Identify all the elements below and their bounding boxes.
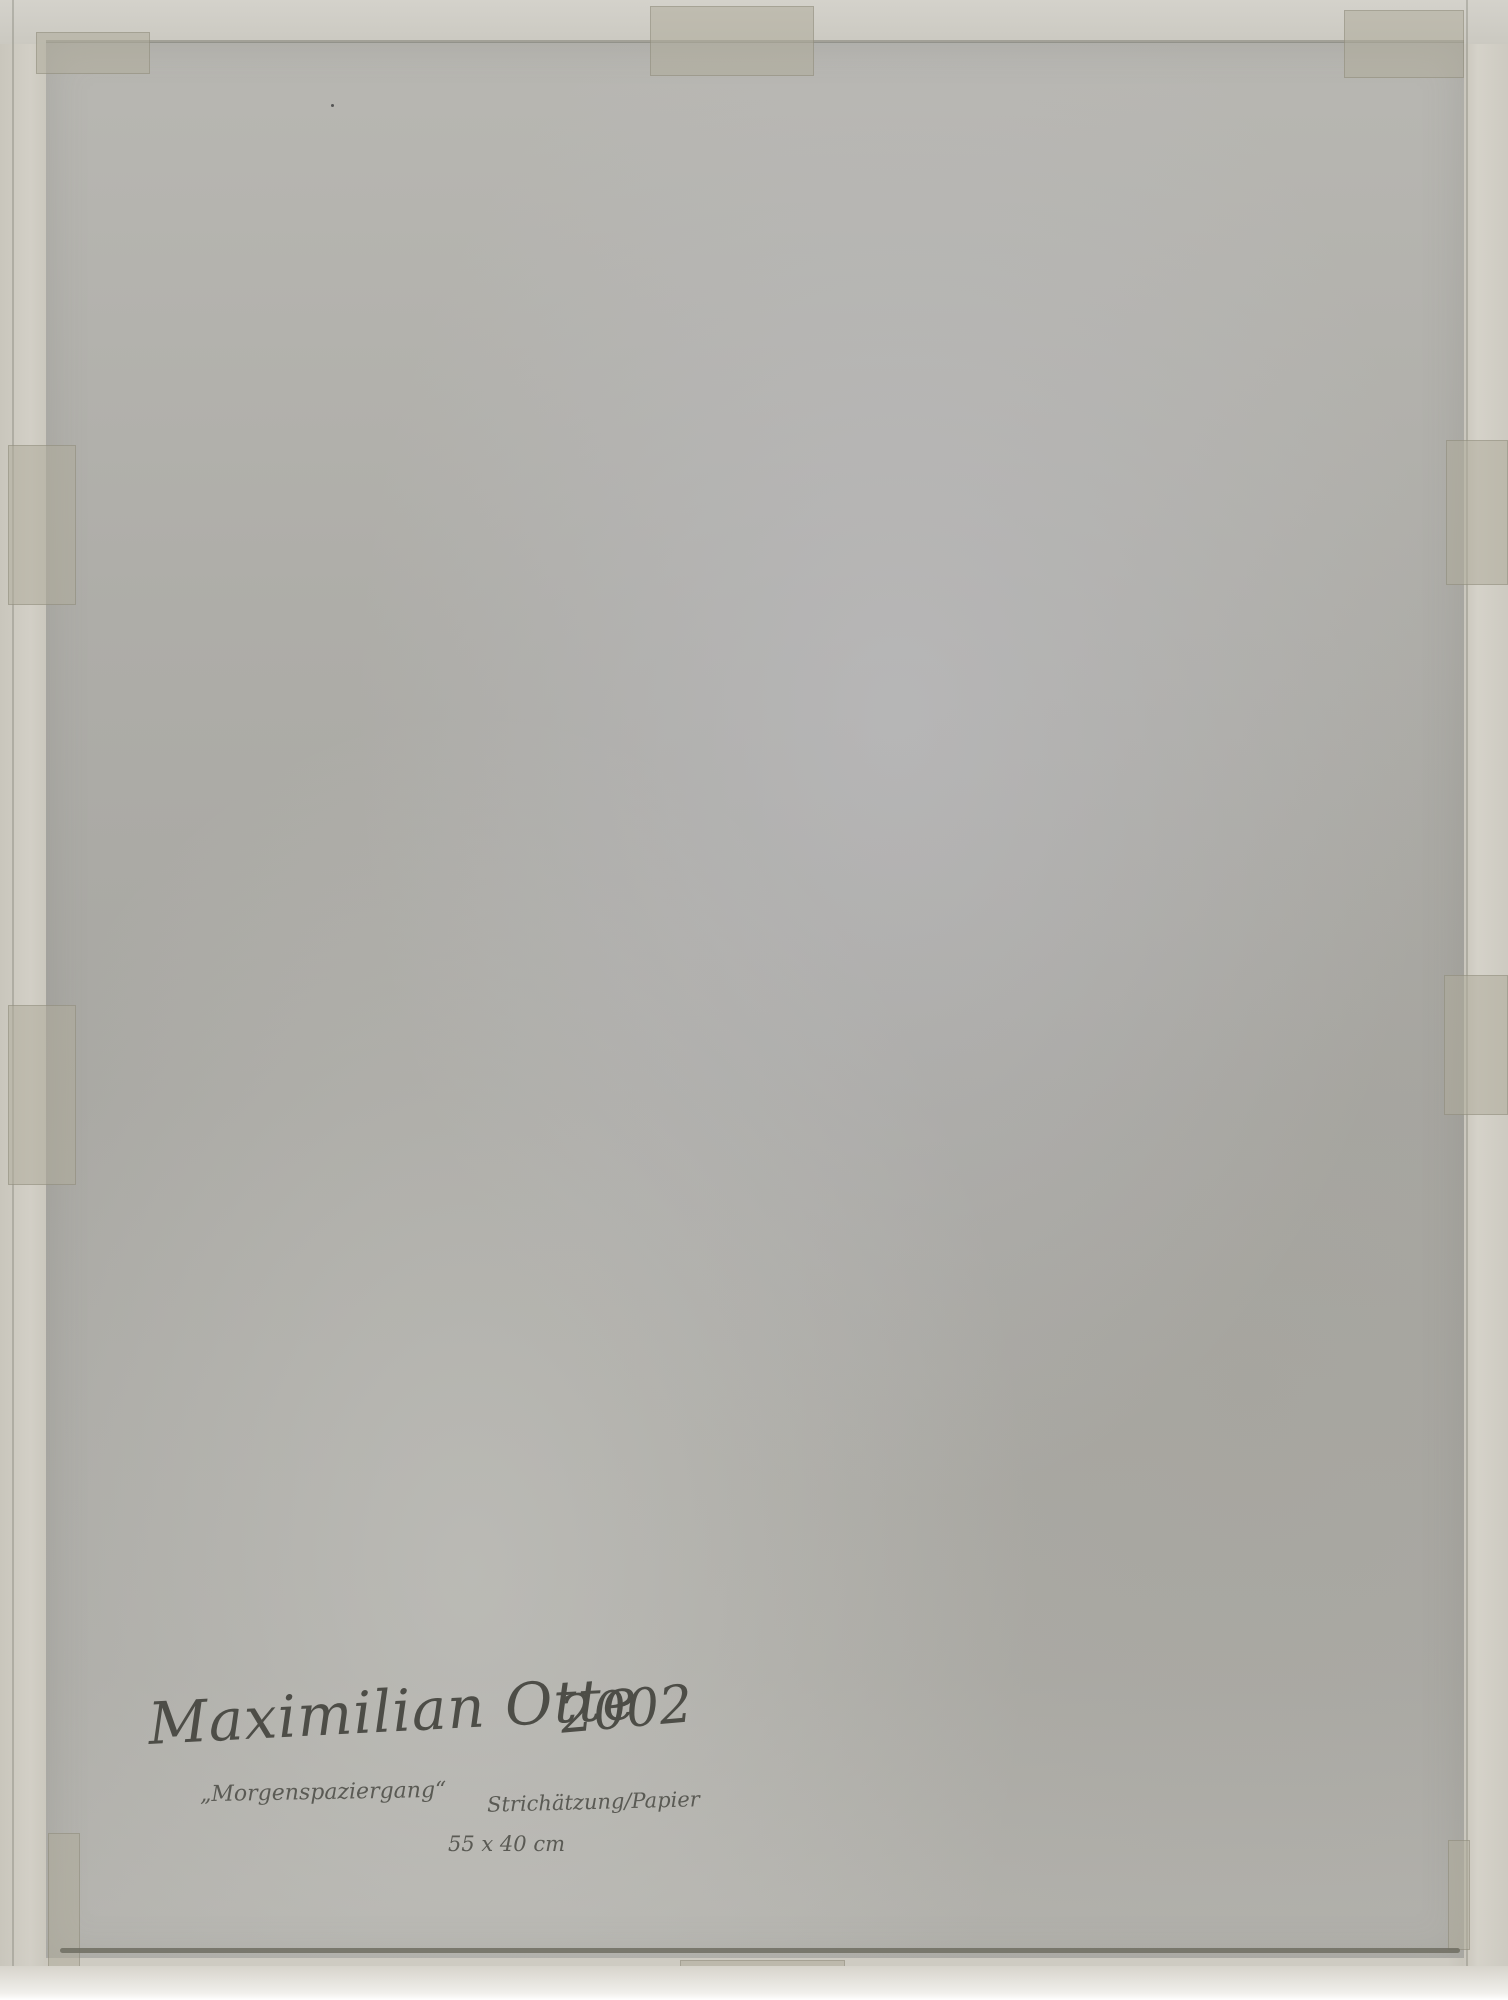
pencil-speck bbox=[331, 104, 334, 107]
tape-bottom-right bbox=[1448, 1840, 1470, 1950]
tape-top-left bbox=[36, 32, 150, 74]
year-inscription: 2002 bbox=[558, 1674, 695, 1745]
tape-right-lower bbox=[1444, 975, 1508, 1115]
artwork-title: „Morgenspaziergang“ bbox=[200, 1778, 447, 1807]
tape-top-center bbox=[650, 6, 814, 76]
board-bottom-strip bbox=[0, 1966, 1508, 2000]
paper-sheet bbox=[46, 42, 1464, 1958]
tape-left-lower bbox=[8, 1005, 76, 1185]
tape-left-upper bbox=[8, 445, 76, 605]
dimensions-inscription: 55 x 40 cm bbox=[448, 1832, 565, 1856]
tape-right-upper bbox=[1446, 440, 1508, 585]
sheet-bottom-edge bbox=[60, 1948, 1460, 1953]
board-left-edge bbox=[12, 0, 14, 2000]
tape-top-right bbox=[1344, 10, 1464, 78]
